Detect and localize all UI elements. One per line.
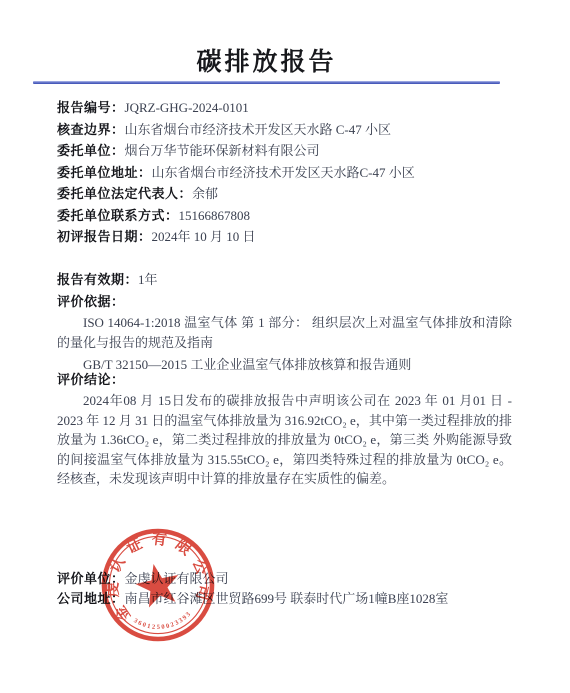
basis-item-iso: ISO 14064-1:2018 温室气体 第 1 部分： 组织层次上对温室气体… [57, 313, 512, 352]
report-page: { "document": { "title": "碳排放报告", "field… [0, 0, 570, 693]
title-rule-divider [33, 81, 500, 84]
page-title: 碳排放报告 [33, 42, 500, 78]
field-row-report-validity: 报告有效期：1年 [57, 269, 512, 290]
company-seal-stamp: 金虔认证有限公司 3601250023393 [96, 523, 220, 647]
seal-star-icon [132, 559, 183, 609]
field-value: 山东省烟台市经济技术开发区天水路C-47 小区 [152, 165, 415, 180]
evaluation-conclusion-heading: 评价结论： [57, 369, 512, 388]
field-value: 烟台万华节能环保新材料有限公司 [125, 143, 320, 158]
field-row-initial-report-date: 初评报告日期：2024年 10 月 10 日 [57, 226, 512, 248]
seal-graphic: 金虔认证有限公司 3601250023393 [96, 523, 220, 647]
field-value: 1年 [138, 272, 158, 287]
field-value: 山东省烟台市经济技术开发区天水路 C-47 小区 [125, 122, 392, 137]
field-row-client-unit: 委托单位：烟台万华节能环保新材料有限公司 [57, 140, 512, 162]
field-label: 委托单位地址： [57, 165, 152, 180]
field-label: 委托单位联系方式： [57, 208, 179, 223]
field-row-verification-boundary: 核查边界：山东省烟台市经济技术开发区天水路 C-47 小区 [57, 119, 512, 141]
field-label: 核查边界： [57, 122, 125, 137]
report-fields: 报告编号：JQRZ-GHG-2024-0101 核查边界：山东省烟台市经济技术开… [57, 97, 512, 248]
field-row-client-address: 委托单位地址：山东省烟台市经济技术开发区天水路C-47 小区 [57, 162, 512, 184]
field-value: 2024年 10 月 10 日 [152, 229, 256, 244]
field-row-report-number: 报告编号：JQRZ-GHG-2024-0101 [57, 97, 512, 119]
conclusion-paragraph: 2024年08 月 15日发布的碳排放报告中声明该公司在 2023 年 01 月… [57, 391, 512, 489]
field-label: 报告编号： [57, 100, 125, 115]
field-value: 15166867808 [179, 208, 251, 223]
evaluation-basis-list: ISO 14064-1:2018 温室气体 第 1 部分： 组织层次上对温室气体… [57, 313, 512, 375]
field-label: 委托单位法定代表人： [57, 186, 192, 201]
field-label: 报告有效期： [57, 272, 138, 287]
field-label: 初评报告日期： [57, 229, 152, 244]
field-label: 委托单位： [57, 143, 125, 158]
field-value: JQRZ-GHG-2024-0101 [125, 100, 249, 115]
field-value: 余郁 [192, 186, 218, 201]
evaluation-basis-heading: 评价依据： [57, 291, 512, 310]
field-row-contact-phone: 委托单位联系方式：15166867808 [57, 205, 512, 227]
field-row-legal-representative: 委托单位法定代表人：余郁 [57, 183, 512, 205]
